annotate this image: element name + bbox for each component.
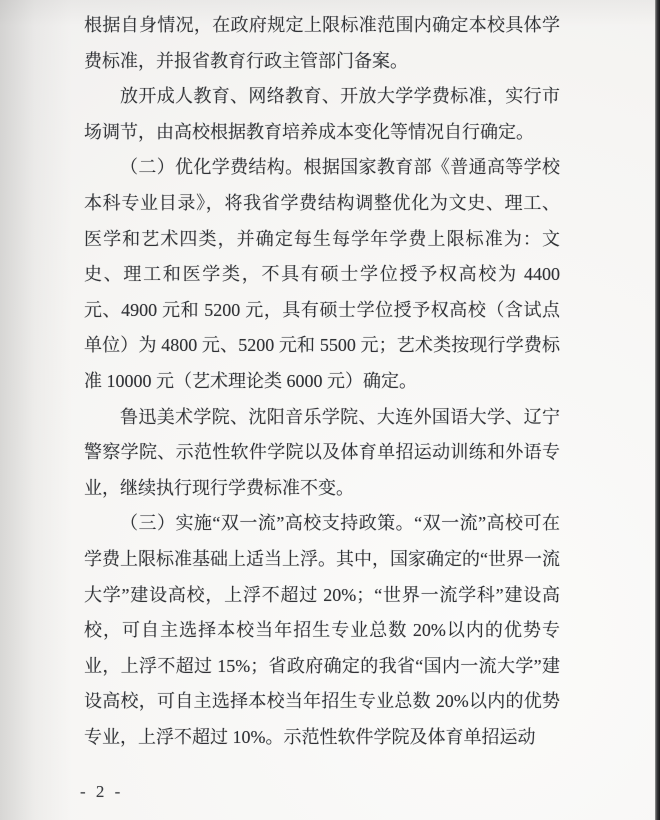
scan-edge-right bbox=[655, 0, 660, 820]
paragraph-section-three-double-first-class: （三）实施“双一流”高校支持政策。“双一流”高校可在学费上限标准基础上适当上浮。… bbox=[84, 506, 560, 755]
paragraph-adult-education-fees: 放开成人教育、网络教育、开放大学学费标准，实行市场调节，由高校根据教育培养成本变… bbox=[84, 79, 560, 150]
scan-shadow-left bbox=[0, 0, 72, 820]
paragraph-fee-filing-continuation: 根据自身情况，在政府规定上限标准范围内确定本校具体学费标准，并报省教育行政主管部… bbox=[84, 8, 560, 79]
scanned-document-page: 根据自身情况，在政府规定上限标准范围内确定本校具体学费标准，并报省教育行政主管部… bbox=[0, 0, 660, 820]
document-body: 根据自身情况，在政府规定上限标准范围内确定本校具体学费标准，并报省教育行政主管部… bbox=[84, 8, 560, 755]
paragraph-section-two-fee-structure: （二）优化学费结构。根据国家教育部《普通高等学校本科专业目录》，将我省学费结构调… bbox=[84, 150, 560, 399]
paragraph-exempt-institutions: 鲁迅美术学院、沈阳音乐学院、大连外国语大学、辽宁警察学院、示范性软件学院以及体育… bbox=[84, 400, 560, 507]
page-number: - 2 - bbox=[80, 782, 123, 802]
